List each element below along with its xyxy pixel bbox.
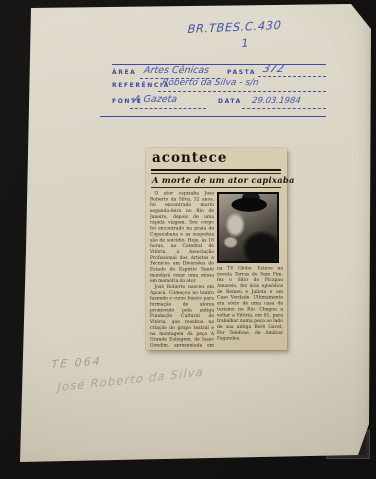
stamp-referencia-value: Roberto da Silva - s/n [161,78,259,88]
reference-stamp: ÁREA Artes Cênicas PASTA 372 REFERÊNCIA … [100,62,326,122]
embossed-watermark [326,430,370,459]
stamp-data-value: 29.03.1984 [251,96,301,106]
stamp-referencia-line [158,91,326,92]
scanned-document: BR.TBES.C.430 1 ÁREA Artes Cênicas PASTA… [0,0,376,479]
clipping-paragraph: O ator capixaba José Roberto da Silva, 3… [150,191,214,285]
clipping-headline: A morte de um ator capixaba [152,175,295,185]
clipping-section-title: acontece [152,150,227,166]
stamp-data-line [242,108,326,109]
clipping-headline-rule-top [151,173,281,174]
clipping-photo [217,192,279,263]
stamp-pasta-line [258,76,326,77]
clipping-column-right: na TV Globo. Esteve na novela Terras do … [217,266,283,347]
page-number-handwriting: 1 [241,37,249,50]
clipping-column-left: O ator capixaba José Roberto da Silva, 3… [150,191,214,347]
stamp-area-label: ÁREA [112,69,136,76]
clipping-title-bar [151,169,281,172]
stamp-fonte-line [130,108,206,109]
stamp-bottom-rule [100,116,326,117]
stamp-pasta-label: PASTA [227,69,256,76]
stamp-area-value: Artes Cênicas [143,65,210,76]
clipping-paragraph: na TV Globo. Esteve na novela Terras do … [217,266,283,342]
stamp-pasta-value: 372 [262,62,285,75]
stamp-fonte-value: A Gazeta [133,94,178,105]
clipping-paragraph: José Roberto nasceu em Apiacá. Começou n… [150,285,214,348]
stamp-data-label: DATA [218,98,242,105]
clipping-headline-rule-bottom [151,187,281,188]
news-clipping: acontece A morte de um ator capixaba O a… [146,148,287,350]
